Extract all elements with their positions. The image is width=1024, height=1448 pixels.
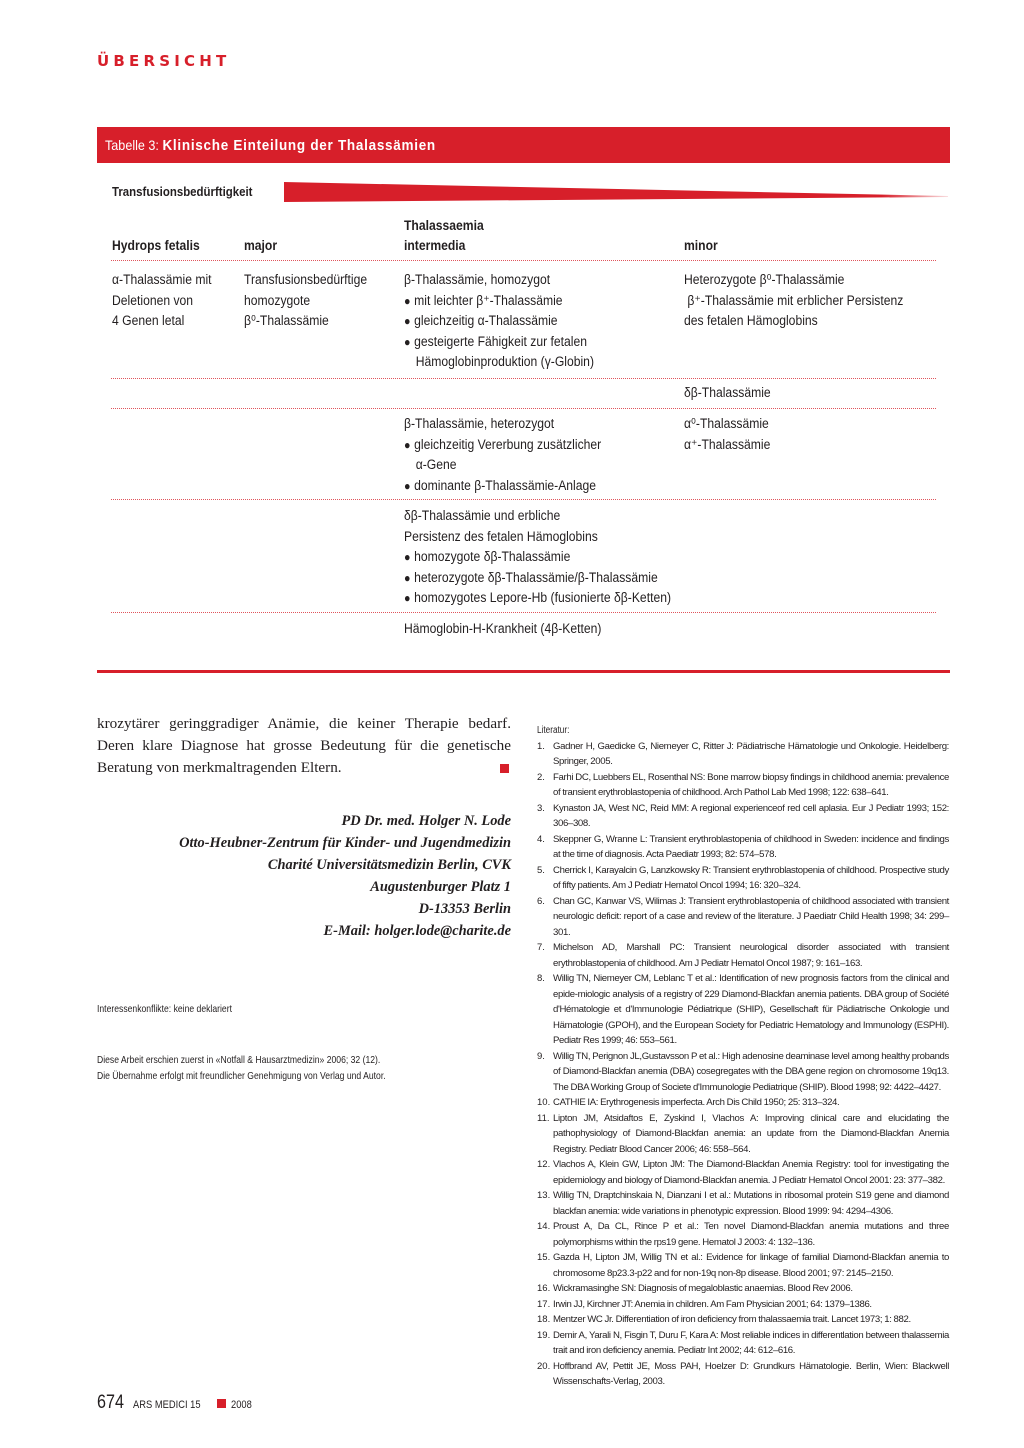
reference-item: 5.Cherrick I, Karayalcin G, Lanzkowsky R… — [537, 863, 949, 894]
reference-item: 14.Proust A, Da CL, Rince P et al.: Ten … — [537, 1219, 949, 1250]
reference-item: 2.Farhi DC, Luebbers EL, Rosenthal NS: B… — [537, 770, 949, 801]
author-email: E-Mail: holger.lode@charite.de — [179, 920, 511, 942]
cell-intermedia-row1: β-Thalassämie, homozygotmit leichter β⁺-… — [404, 270, 594, 373]
table-title: Tabelle 3: Klinische Einteilung der Thal… — [105, 137, 436, 154]
cell-minor-row3: α⁰-Thalassämie α⁺-Thalassämie — [684, 414, 770, 455]
reference-number: 15. — [537, 1250, 551, 1266]
body-paragraph: krozytärer geringgradiger Anämie, die ke… — [97, 713, 511, 779]
reference-item: 12.Vlachos A, Klein GW, Lipton JM: The D… — [537, 1157, 949, 1188]
reference-number: 10. — [537, 1095, 551, 1111]
reference-item: 20.Hoffbrand AV, Pettit JE, Moss PAH, Ho… — [537, 1359, 949, 1390]
reference-item: 18.Mentzer WC Jr. Differentiation of iro… — [537, 1312, 949, 1328]
reference-number: 3. — [537, 801, 551, 817]
reference-item: 7.Michelson AD, Marshall PC: Transient n… — [537, 940, 949, 971]
transfusion-axis-label: Transfusionsbedürftigkeit — [112, 184, 252, 199]
bullet-item: mit leichter β⁺-Thalassämie — [404, 291, 594, 312]
table-divider — [111, 260, 936, 261]
reference-number: 18. — [537, 1312, 551, 1328]
column-header-intermedia: Thalassaemia intermedia — [404, 216, 484, 256]
reference-number: 19. — [537, 1328, 551, 1344]
reference-text: CATHIE IA: Erythrogenesis imperfecta. Ar… — [553, 1095, 949, 1111]
reference-number: 8. — [537, 971, 551, 987]
cell-line: β-Thalassämie, homozygot — [404, 270, 594, 291]
reference-item: 3.Kynaston JA, West NC, Reid MM: A regio… — [537, 801, 949, 832]
table-title-bar: Tabelle 3: Klinische Einteilung der Thal… — [97, 127, 950, 163]
bullet-item: homozygote δβ-Thalassämie — [404, 547, 671, 568]
cell-line: Hämoglobinproduktion (γ-Globin) — [404, 352, 594, 373]
reference-text: Gadner H, Gaedicke G, Niemeyer C, Ritter… — [553, 739, 949, 770]
cell-minor-row2: δβ-Thalassämie — [684, 383, 771, 404]
reference-text: Lipton JM, Atsidaftos E, Zyskind I, Vlac… — [553, 1111, 949, 1158]
table-divider — [111, 612, 936, 613]
reference-item: 4.Skeppner G, Wranne L: Transient erythr… — [537, 832, 949, 863]
cell-line: Hämoglobin-H-Krankheit (4β-Ketten) — [404, 619, 601, 640]
reference-number: 5. — [537, 863, 551, 879]
reference-number: 1. — [537, 739, 551, 755]
reference-text: Willig TN, Niemeyer CM, Leblanc T et al.… — [553, 971, 949, 1049]
end-of-article-mark-icon — [500, 764, 509, 773]
table-divider — [111, 499, 936, 500]
reference-number: 2. — [537, 770, 551, 786]
reference-number: 14. — [537, 1219, 551, 1235]
reference-text: Willig TN, Draptchinskaia N, Dianzani I … — [553, 1188, 949, 1219]
reference-text: Willig TN, Perignon JL,Gustavsson P et a… — [553, 1049, 949, 1096]
separator-square-icon — [217, 1399, 226, 1408]
reference-text: Mentzer WC Jr. Differentiation of iron d… — [553, 1312, 949, 1328]
journal-name: ARS MEDICI 15 — [133, 1399, 201, 1411]
reference-item: 6.Chan GC, Kanwar VS, Wilimas J: Transie… — [537, 894, 949, 941]
reference-list: 1.Gadner H, Gaedicke G, Niemeyer C, Ritt… — [537, 739, 949, 1390]
bullet-item: dominante β-Thalassämie-Anlage — [404, 476, 601, 497]
conflict-of-interest-note: Interessenkonflikte: keine deklariert — [97, 1001, 232, 1017]
cell-minor-row1: Heterozygote β⁰-Thalassämie β⁺-Thalassäm… — [684, 270, 903, 332]
cell-hydrops-row1: α-Thalassämie mit Deletionen von 4 Genen… — [112, 270, 212, 332]
column-header-minor: minor — [684, 236, 718, 256]
reference-item: 9.Willig TN, Perignon JL,Gustavsson P et… — [537, 1049, 949, 1096]
column-header-major: major — [244, 236, 277, 256]
reference-text: Demir A, Yarali N, Fisgin T, Duru F, Kar… — [553, 1328, 949, 1359]
cell-intermedia-row4: δβ-Thalassämie und erblichePersistenz de… — [404, 506, 671, 609]
bullet-item: heterozygote δβ-Thalassämie/β-Thalassämi… — [404, 568, 671, 589]
page-footer: 674 ARS MEDICI 15 2008 — [97, 1392, 256, 1414]
cell-major-row1: Transfusionsbedürftige homozygote β⁰-Tha… — [244, 270, 367, 332]
page-number: 674 — [97, 1392, 128, 1414]
reference-number: 16. — [537, 1281, 551, 1297]
reference-text: Kynaston JA, West NC, Reid MM: A regiona… — [553, 801, 949, 832]
bullet-item: homozygotes Lepore-Hb (fusionierte δβ-Ke… — [404, 588, 671, 609]
origin-note: Diese Arbeit erschien zuerst in «Notfall… — [97, 1052, 386, 1084]
reference-number: 20. — [537, 1359, 551, 1375]
reference-item: 10.CATHIE IA: Erythrogenesis imperfecta.… — [537, 1095, 949, 1111]
reference-number: 12. — [537, 1157, 551, 1173]
cell-line: α-Gene — [404, 455, 601, 476]
reference-item: 15.Gazda H, Lipton JM, Willig TN et al.:… — [537, 1250, 949, 1281]
cell-line: δβ-Thalassämie und erbliche — [404, 506, 671, 527]
cell-intermedia-row5: Hämoglobin-H-Krankheit (4β-Ketten) — [404, 619, 601, 640]
author-address: PD Dr. med. Holger N. Lode Otto-Heubner-… — [179, 810, 511, 942]
reference-number: 7. — [537, 940, 551, 956]
reference-text: Cherrick I, Karayalcin G, Lanzkowsky R: … — [553, 863, 949, 894]
reference-number: 4. — [537, 832, 551, 848]
column-header-hydrops-fetalis: Hydrops fetalis — [112, 236, 200, 256]
reference-number: 6. — [537, 894, 551, 910]
author-name: PD Dr. med. Holger N. Lode — [179, 810, 511, 832]
reference-number: 17. — [537, 1297, 551, 1313]
references-title: Literatur: — [537, 723, 875, 739]
reference-number: 9. — [537, 1049, 551, 1065]
reference-item: 11.Lipton JM, Atsidaftos E, Zyskind I, V… — [537, 1111, 949, 1158]
reference-text: Hoffbrand AV, Pettit JE, Moss PAH, Hoelz… — [553, 1359, 949, 1390]
transfusion-gradient-arrow-icon — [284, 180, 948, 204]
reference-text: Proust A, Da CL, Rince P et al.: Ten nov… — [553, 1219, 949, 1250]
reference-item: 16.Wickramasinghe SN: Diagnosis of megal… — [537, 1281, 949, 1297]
table-divider — [111, 408, 936, 409]
section-label: ÜBERSICHT — [97, 52, 230, 70]
reference-number: 13. — [537, 1188, 551, 1204]
table-number: Tabelle 3: — [105, 137, 159, 153]
reference-text: Irwin JJ, Kirchner JT: Anemia in childre… — [553, 1297, 949, 1313]
reference-text: Michelson AD, Marshall PC: Transient neu… — [553, 940, 949, 971]
reference-text: Farhi DC, Luebbers EL, Rosenthal NS: Bon… — [553, 770, 949, 801]
reference-number: 11. — [537, 1111, 551, 1127]
reference-item: 1.Gadner H, Gaedicke G, Niemeyer C, Ritt… — [537, 739, 949, 770]
table-divider — [111, 378, 936, 379]
reference-text: Skeppner G, Wranne L: Transient erythrob… — [553, 832, 949, 863]
cell-line: Persistenz des fetalen Hämoglobins — [404, 527, 671, 548]
reference-item: 19.Demir A, Yarali N, Fisgin T, Duru F, … — [537, 1328, 949, 1359]
cell-line: β-Thalassämie, heterozygot — [404, 414, 601, 435]
table-bottom-rule — [97, 670, 950, 673]
bullet-item: gleichzeitig Vererbung zusätzlicher — [404, 435, 601, 456]
table-heading: Klinische Einteilung der Thalassämien — [162, 137, 435, 154]
reference-text: Wickramasinghe SN: Diagnosis of megalobl… — [553, 1281, 949, 1297]
bullet-item: gesteigerte Fähigkeit zur fetalen — [404, 332, 594, 353]
reference-item: 8.Willig TN, Niemeyer CM, Leblanc T et a… — [537, 971, 949, 1049]
references: Literatur: 1.Gadner H, Gaedicke G, Nieme… — [537, 723, 949, 1390]
reference-text: Chan GC, Kanwar VS, Wilimas J: Transient… — [553, 894, 949, 941]
reference-item: 17.Irwin JJ, Kirchner JT: Anemia in chil… — [537, 1297, 949, 1313]
bullet-item: gleichzeitig α-Thalassämie — [404, 311, 594, 332]
publication-year: 2008 — [231, 1399, 252, 1411]
cell-intermedia-row3: β-Thalassämie, heterozygotgleichzeitig V… — [404, 414, 601, 496]
reference-item: 13.Willig TN, Draptchinskaia N, Dianzani… — [537, 1188, 949, 1219]
reference-text: Vlachos A, Klein GW, Lipton JM: The Diam… — [553, 1157, 949, 1188]
reference-text: Gazda H, Lipton JM, Willig TN et al.: Ev… — [553, 1250, 949, 1281]
